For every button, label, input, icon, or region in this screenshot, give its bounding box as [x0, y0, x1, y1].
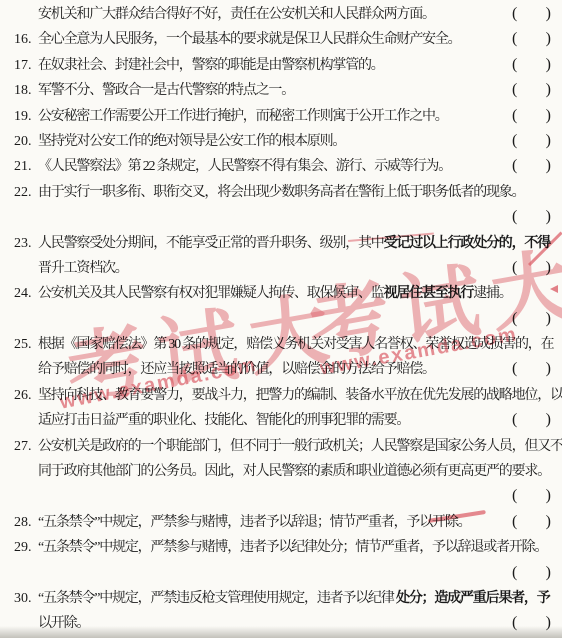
answer-blank: ( ) [512, 356, 551, 381]
answer-paren-close: ) [546, 509, 551, 534]
answer-paren-close: ) [546, 77, 551, 102]
question-number: 18. [14, 78, 38, 103]
question-line: 25.根据《国家赔偿法》第 30 条的规定，赔偿义务机关对受害人名誉权、荣誉权造… [14, 332, 554, 357]
question-text-run: 同于政府其他部门的公务员。因此，对人民警察的素质和职业道德必须有更高更严的要求。 [38, 464, 550, 479]
question-text: 坚持党对公安工作的绝对领导是公安工作的根本原则。 [38, 134, 345, 149]
question-line: 18.军警不分、警政合一是古代警察的特点之一。 ( ) [14, 78, 554, 103]
answer-paren-close: ) [546, 204, 551, 229]
answer-blank: ( ) [512, 509, 551, 534]
question-line: 24.公安机关及其人民警察有权对犯罪嫌疑人拘传、取保候审、监视居住甚至执行逮捕。 [14, 281, 554, 306]
question-text: 由于实行一职多衔、职衔交叉，将会出现少数职务高者在警衔上低于职务低者的现象。 [38, 185, 524, 200]
question-number: 19. [14, 104, 38, 129]
answer-paren-open: ( [512, 560, 517, 585]
question-text-run: 逮捕。 [473, 286, 511, 301]
question-number: 21. [14, 154, 38, 179]
answer-blank: ( ) [512, 52, 551, 77]
question-number: 27. [14, 434, 38, 459]
answer-paren-close: ) [546, 306, 551, 331]
answer-paren-close: ) [546, 103, 551, 128]
answer-blank: ( ) [512, 153, 551, 178]
question-line: 19.公安秘密工作需要公开工作进行掩护，而秘密工作则寓于公开工作之中。 ( ) [14, 104, 554, 129]
answer-paren-close: ) [546, 407, 551, 432]
question-number: 28. [14, 510, 38, 535]
question-number: 22. [14, 180, 38, 205]
answer-paren-open: ( [512, 1, 517, 26]
question-number: 24. [14, 281, 38, 306]
question-number: 25. [14, 332, 38, 357]
question-text-run: 坚持向科技、教育要警力，要战斗力，把警力的编制、装备水平放在优先发展的战略地位，… [38, 388, 562, 403]
scan-bottom-shadow [0, 626, 562, 638]
question-text-run: 给予赔偿的同时，还应当按照适当的价值，以赔偿金的方法给予赔偿。 [38, 362, 435, 377]
answer-paren-close: ) [546, 255, 551, 280]
question-number: 16. [14, 27, 38, 52]
question-line: 给予赔偿的同时，还应当按照适当的价值，以赔偿金的方法给予赔偿。 ( ) [14, 357, 554, 382]
question-line: 同于政府其他部门的公务员。因此，对人民警察的素质和职业道德必须有更高更严的要求。 [14, 459, 554, 484]
answer-paren-open: ( [512, 153, 517, 178]
question-text: 公安秘密工作需要公开工作进行掩护，而秘密工作则寓于公开工作之中。 [38, 109, 448, 124]
question-text: 给予赔偿的同时，还应当按照适当的价值，以赔偿金的方法给予赔偿。 [38, 362, 435, 377]
answer-paren-open: ( [512, 306, 517, 331]
question-text-run: 全心全意为人民服务，一个最基本的要求就是保卫人民群众生命财产安全。 [38, 32, 460, 47]
answer-paren-open: ( [512, 509, 517, 534]
question-line: 22.由于实行一职多衔、职衔交叉，将会出现少数职务高者在警衔上低于职务低者的现象… [14, 180, 554, 205]
question-text: “五条禁令”中规定，严禁违反枪支管理使用规定，违者予以纪律 处分；造成严重后果者… [38, 591, 550, 606]
answer-blank: ( ) [512, 306, 551, 331]
question-text-bold-run: 处分；造成严重后果者，予 [396, 591, 550, 606]
answer-blank: ( ) [512, 1, 551, 26]
question-text-run: 适应打击日益严重的职业化、技能化、智能化的刑事犯罪的需要。 [38, 413, 409, 428]
question-text: 坚持向科技、教育要警力，要战斗力，把警力的编制、装备水平放在优先发展的战略地位，… [38, 388, 562, 403]
question-text-run: 由于实行一职多衔、职衔交叉，将会出现少数职务高者在警衔上低于职务低者的现象。 [38, 185, 524, 200]
question-text-run: 根据《国家赔偿法》第 30 条的规定，赔偿义务机关对受害人名誉权、荣誉权造成损害… [38, 337, 553, 352]
question-text-run: “五条禁令”中规定，严禁违反枪支管理使用规定，违者予以纪律 [38, 591, 396, 606]
question-text: 军警不分、警政合一是古代警察的特点之一。 [38, 83, 294, 98]
question-number: 20. [14, 129, 38, 154]
question-line: 20.坚持党对公安工作的绝对领导是公安工作的根本原则。 ( ) [14, 129, 554, 154]
question-line: 23.人民警察受处分期间，不能享受正常的晋升职务、级别，其中受记过以上行政处分的… [14, 231, 554, 256]
question-text-run: 公安机关及其人民警察有权对犯罪嫌疑人拘传、取保候审、监 [38, 286, 384, 301]
answer-blank: ( ) [512, 483, 551, 508]
answer-blank: ( ) [512, 255, 551, 280]
question-text: 公安机关是政府的一个职能部门，但不同于一般行政机关；人民警察是国家公务人员，但又… [38, 439, 562, 454]
question-text-run: 公安机关是政府的一个职能部门，但不同于一般行政机关；人民警察是国家公务人员，但又… [38, 439, 562, 454]
answer-paren-close: ) [546, 26, 551, 51]
question-number: 26. [14, 383, 38, 408]
question-line: 28.“五条禁令”中规定，严禁参与赌博，违者予以辞退；情节严重者，予以开除。 (… [14, 510, 554, 535]
question-text-run: 《人民警察法》第 22 条规定，人民警察不得有集会、游行、示威等行为。 [38, 159, 451, 174]
answer-paren-open: ( [512, 204, 517, 229]
question-line: 30.“五条禁令”中规定，严禁违反枪支管理使用规定，违者予以纪律 处分；造成严重… [14, 586, 554, 611]
answer-blank: ( ) [512, 128, 551, 153]
question-text: 安机关和广大群众结合得好不好，责任在公安机关和人民群众两方面。 [38, 7, 435, 22]
answer-paren-open: ( [512, 255, 517, 280]
question-number: 17. [14, 53, 38, 78]
exam-page: 安机关和广大群众结合得好不好，责任在公安机关和人民群众两方面。 ( ) 16.全… [0, 0, 562, 638]
answer-paren-close: ) [546, 356, 551, 381]
answer-paren-close: ) [546, 1, 551, 26]
answer-paren-open: ( [512, 26, 517, 51]
question-text: 《人民警察法》第 22 条规定，人民警察不得有集会、游行、示威等行为。 [38, 159, 451, 174]
question-line: 29.“五条禁令”中规定，严禁参与赌博，违者予以纪律处分；情节严重者，予以辞退或… [14, 535, 554, 560]
question-text: 同于政府其他部门的公务员。因此，对人民警察的素质和职业道德必须有更高更严的要求。 [38, 464, 550, 479]
question-text: 晋升工资档次。 [38, 261, 128, 276]
question-line: 晋升工资档次。 ( ) [14, 256, 554, 281]
question-number: 30. [14, 586, 38, 611]
question-text: “五条禁令”中规定，严禁参与赌博，违者予以纪律处分；情节严重者，予以辞退或者开除… [38, 540, 547, 555]
answer-blank: ( ) [512, 26, 551, 51]
answer-paren-close: ) [546, 483, 551, 508]
question-text: 根据《国家赔偿法》第 30 条的规定，赔偿义务机关对受害人名誉权、荣誉权造成损害… [38, 337, 553, 352]
question-line: 17.在奴隶社会、封建社会中，警察的职能是由警察机构掌管的。 ( ) [14, 53, 554, 78]
answer-blank: ( ) [512, 103, 551, 128]
answer-paren-open: ( [512, 356, 517, 381]
question-text-run: “五条禁令”中规定，严禁参与赌博，违者予以辞退；情节严重者，予以开除。 [38, 515, 470, 530]
question-number: 23. [14, 231, 38, 256]
answer-paren-open: ( [512, 77, 517, 102]
question-line: ( ) [14, 484, 554, 509]
question-text-run: 军警不分、警政合一是古代警察的特点之一。 [38, 83, 294, 98]
question-text-run: 公安秘密工作需要公开工作进行掩护，而秘密工作则寓于公开工作之中。 [38, 109, 448, 124]
answer-paren-close: ) [546, 560, 551, 585]
question-line: ( ) [14, 205, 554, 230]
question-line: ( ) [14, 561, 554, 586]
answer-paren-open: ( [512, 103, 517, 128]
question-text-run: 安机关和广大群众结合得好不好，责任在公安机关和人民群众两方面。 [38, 7, 435, 22]
question-text-bold-run: 视居住甚至执行 [384, 286, 474, 301]
question-text: 全心全意为人民服务，一个最基本的要求就是保卫人民群众生命财产安全。 [38, 32, 460, 47]
question-line: ( ) [14, 307, 554, 332]
question-text-run: “五条禁令”中规定，严禁参与赌博，违者予以纪律处分；情节严重者，予以辞退或者开除… [38, 540, 547, 555]
answer-paren-open: ( [512, 483, 517, 508]
answer-blank: ( ) [512, 407, 551, 432]
question-text-run: 在奴隶社会、封建社会中，警察的职能是由警察机构掌管的。 [38, 58, 384, 73]
answer-blank: ( ) [512, 77, 551, 102]
answer-blank: ( ) [512, 560, 551, 585]
question-text: “五条禁令”中规定，严禁参与赌博，违者予以辞退；情节严重者，予以开除。 [38, 515, 470, 530]
question-line: 27.公安机关是政府的一个职能部门，但不同于一般行政机关；人民警察是国家公务人员… [14, 434, 554, 459]
answer-paren-close: ) [546, 153, 551, 178]
question-text: 在奴隶社会、封建社会中，警察的职能是由警察机构掌管的。 [38, 58, 384, 73]
question-line: 21.《人民警察法》第 22 条规定，人民警察不得有集会、游行、示威等行为。 (… [14, 154, 554, 179]
question-text: 人民警察受处分期间，不能享受正常的晋升职务、级别，其中受记过以上行政处分的，不得 [38, 236, 550, 251]
answer-paren-open: ( [512, 52, 517, 77]
question-text: 公安机关及其人民警察有权对犯罪嫌疑人拘传、取保候审、监视居住甚至执行逮捕。 [38, 286, 512, 301]
question-line: 26.坚持向科技、教育要警力，要战斗力，把警力的编制、装备水平放在优先发展的战略… [14, 383, 554, 408]
answer-blank: ( ) [512, 204, 551, 229]
question-text-bold-run: 受记过以上行政处分的，不得 [384, 236, 550, 251]
answer-paren-close: ) [546, 52, 551, 77]
question-line: 适应打击日益严重的职业化、技能化、智能化的刑事犯罪的需要。 ( ) [14, 408, 554, 433]
answer-paren-open: ( [512, 128, 517, 153]
question-text-run: 坚持党对公安工作的绝对领导是公安工作的根本原则。 [38, 134, 345, 149]
question-text-run: 人民警察受处分期间，不能享受正常的晋升职务、级别，其中 [38, 236, 384, 251]
question-text-run: 晋升工资档次。 [38, 261, 128, 276]
question-list: 安机关和广大群众结合得好不好，责任在公安机关和人民群众两方面。 ( ) 16.全… [14, 2, 554, 637]
answer-paren-close: ) [546, 128, 551, 153]
question-number: 29. [14, 535, 38, 560]
question-text: 适应打击日益严重的职业化、技能化、智能化的刑事犯罪的需要。 [38, 413, 409, 428]
question-line: 16.全心全意为人民服务，一个最基本的要求就是保卫人民群众生命财产安全。 ( ) [14, 27, 554, 52]
answer-paren-open: ( [512, 407, 517, 432]
question-line: 安机关和广大群众结合得好不好，责任在公安机关和人民群众两方面。 ( ) [14, 2, 554, 27]
